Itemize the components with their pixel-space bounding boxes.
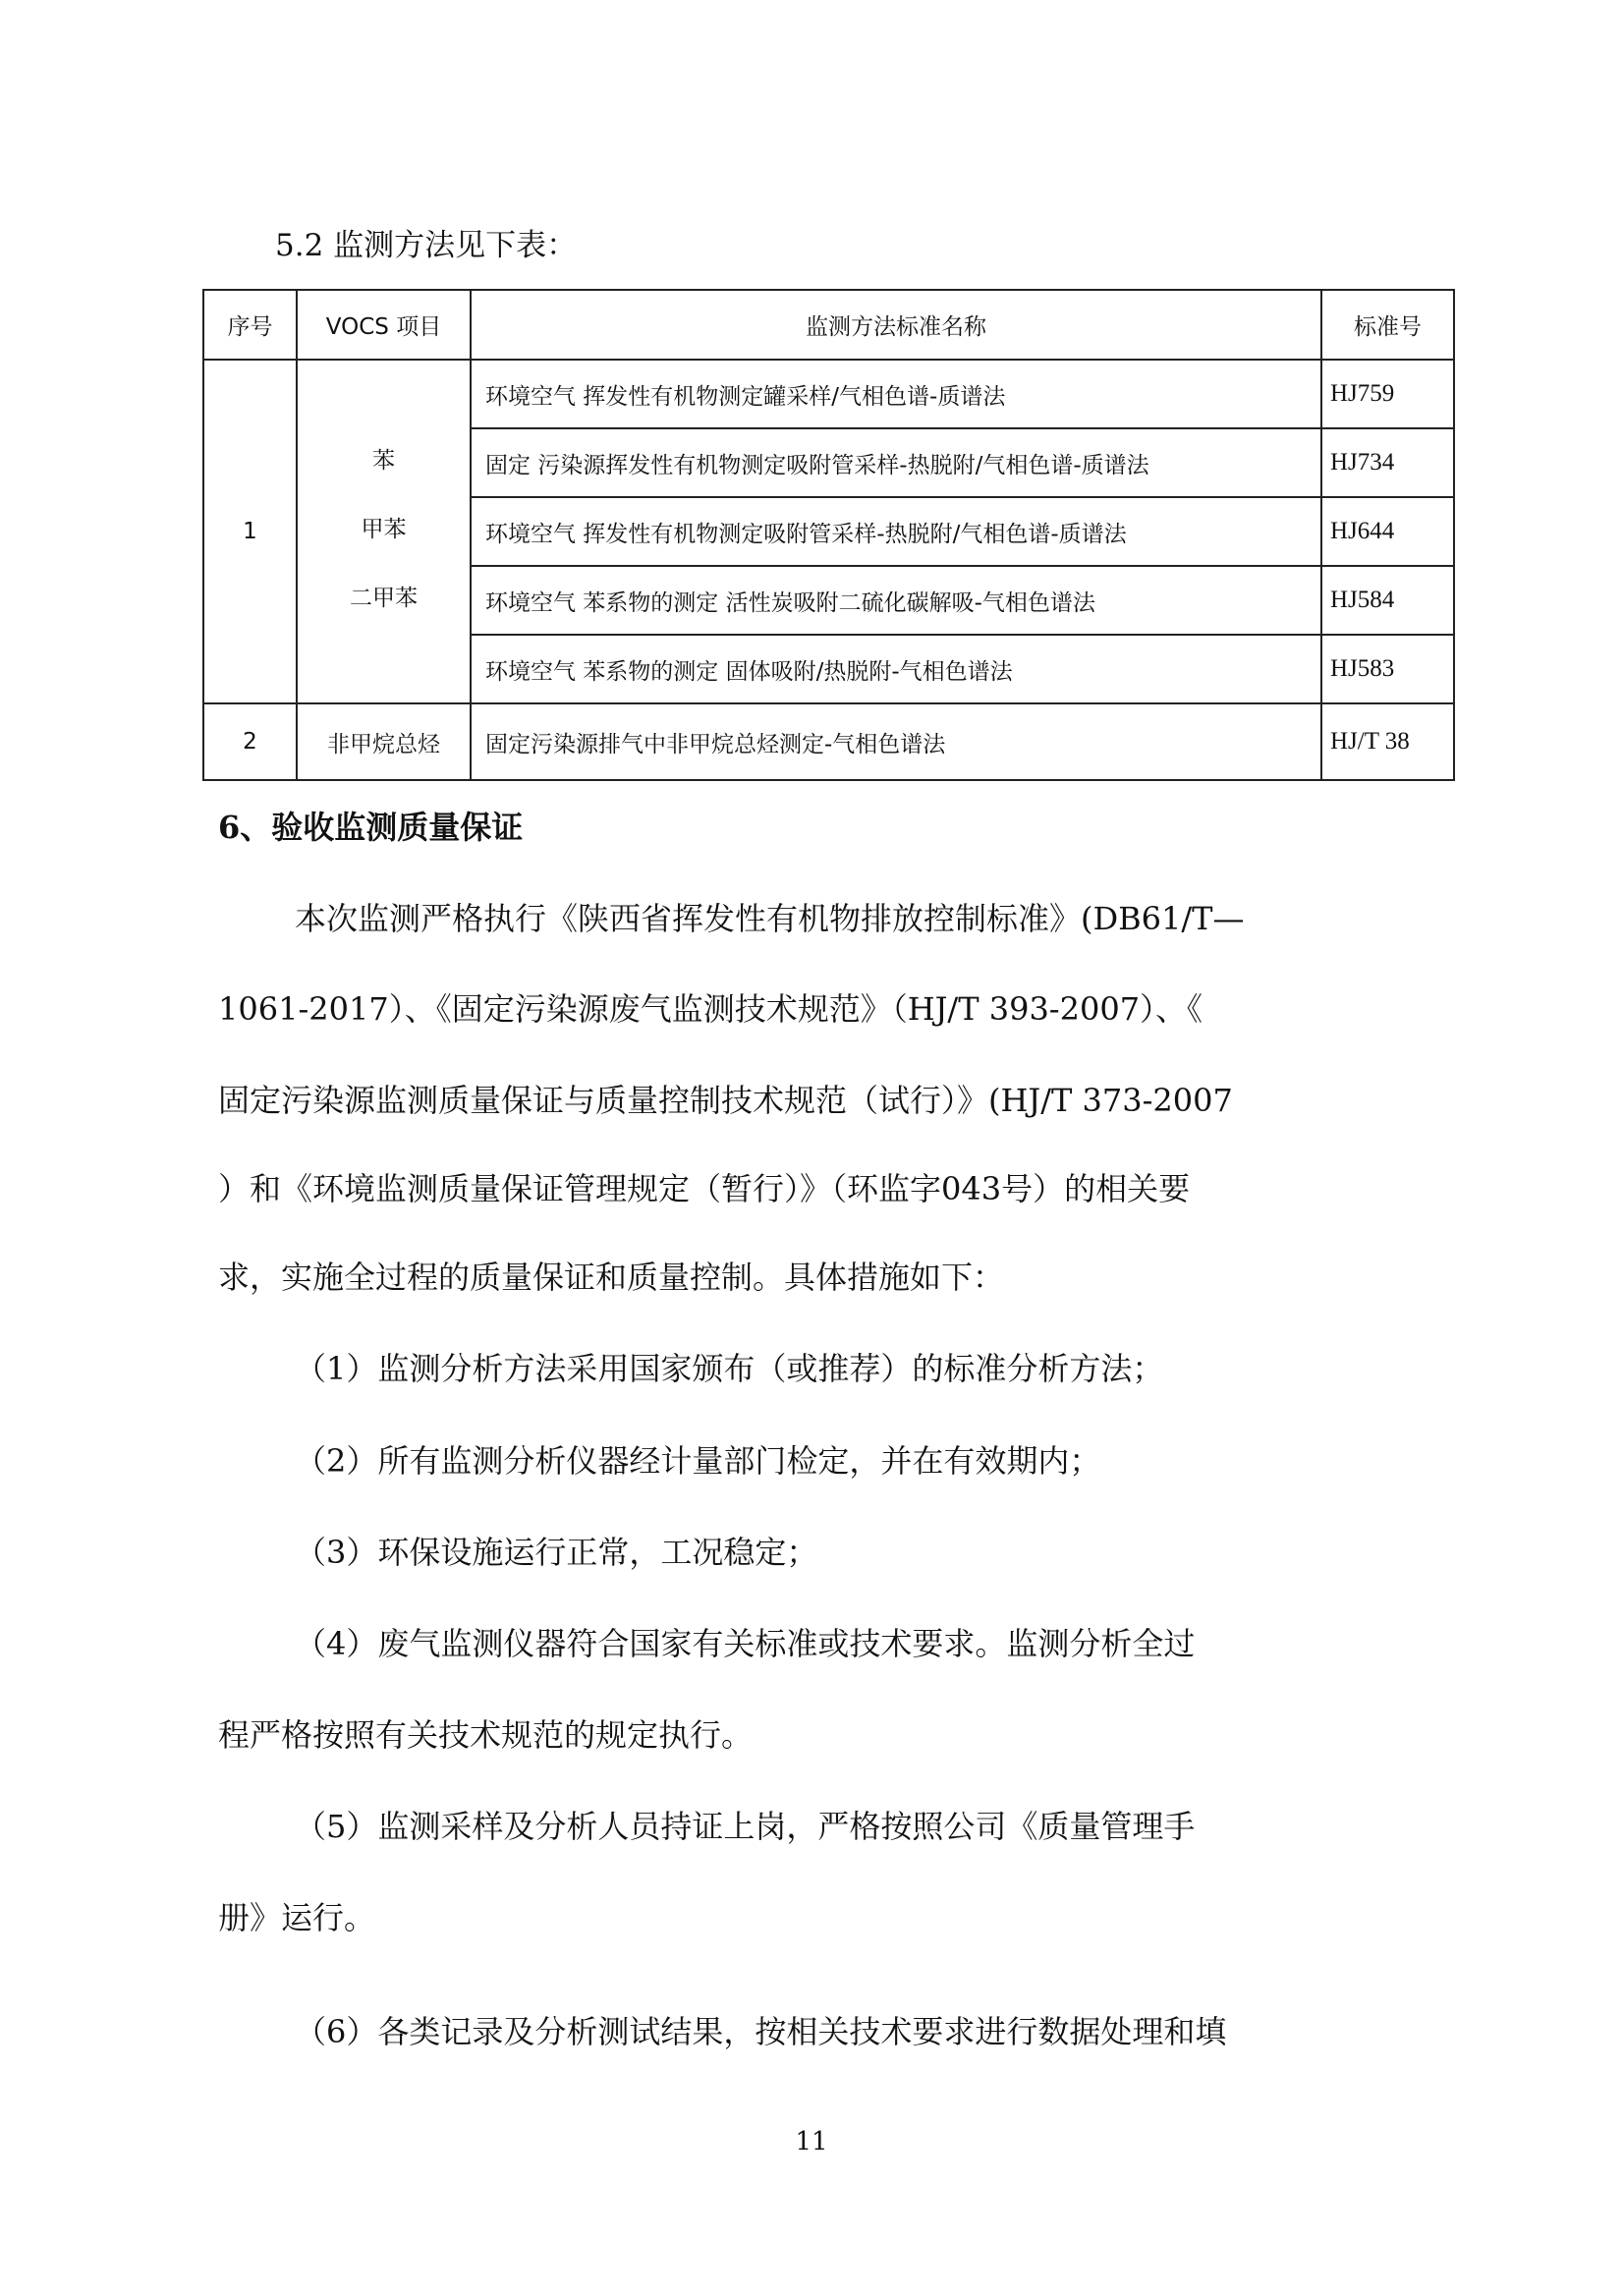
- header-method-name: 监测方法标准名称: [471, 290, 1321, 360]
- row-number: 2: [203, 703, 297, 780]
- method-name: 固定 污染源挥发性有机物测定吸附管采样-热脱附/气相色谱-质谱法: [471, 428, 1321, 497]
- table-row: 2 非甲烷总烃 固定污染源排气中非甲烷总烃测定-气相色谱法 HJ/T 38: [203, 703, 1454, 780]
- vocs-item: 甲苯: [308, 495, 460, 564]
- standard-no: HJ644: [1321, 497, 1454, 566]
- vocs-item-cell: 苯 甲苯 二甲苯: [297, 360, 471, 703]
- measure-2: （2）所有监测分析仪器经计量部门检定，并在有效期内；: [295, 1439, 1100, 1483]
- table-row: 1 苯 甲苯 二甲苯 环境空气 挥发性有机物测定罐采样/气相色谱-质谱法 HJ7…: [203, 360, 1454, 428]
- header-standard-no: 标准号: [1321, 290, 1454, 360]
- vocs-item: 非甲烷总烃: [297, 703, 471, 780]
- vocs-item: 二甲苯: [308, 564, 460, 633]
- measure-1: （1）监测分析方法采用国家颁布（或推荐）的标准分析方法；: [295, 1347, 1163, 1390]
- measure-4-cont: 程严格按照有关技术规范的规定执行。: [218, 1713, 753, 1757]
- standard-no: HJ/T 38: [1321, 703, 1454, 780]
- row-number: 1: [203, 360, 297, 703]
- standard-no: HJ734: [1321, 428, 1454, 497]
- standard-no: HJ584: [1321, 566, 1454, 635]
- measure-5-cont: 册》运行。: [218, 1896, 375, 1939]
- header-no: 序号: [203, 290, 297, 360]
- vocs-item: 苯: [308, 426, 460, 495]
- monitoring-methods-table: 序号 VOCS 项目 监测方法标准名称 标准号 1 苯 甲苯 二甲苯 环境空气 …: [202, 289, 1455, 781]
- section-6-heading: 6、验收监测质量保证: [218, 806, 523, 849]
- header-vocs-item: VOCS 项目: [297, 290, 471, 360]
- intro-line: 本次监测严格执行《陕西省挥发性有机物排放控制标准》(DB61/T—: [295, 897, 1245, 940]
- page-number: 11: [0, 2124, 1623, 2159]
- method-name: 环境空气 苯系物的测定 活性炭吸附二硫化碳解吸-气相色谱法: [471, 566, 1321, 635]
- measure-4: （4）废气监测仪器符合国家有关标准或技术要求。监测分析全过: [295, 1622, 1195, 1665]
- table-header-row: 序号 VOCS 项目 监测方法标准名称 标准号: [203, 290, 1454, 360]
- measure-6: （6）各类记录及分析测试结果，按相关技术要求进行数据处理和填: [295, 2010, 1226, 2053]
- measure-5: （5）监测采样及分析人员持证上岗，严格按照公司《质量管理手: [295, 1805, 1195, 1848]
- method-name: 环境空气 挥发性有机物测定罐采样/气相色谱-质谱法: [471, 360, 1321, 428]
- intro-line: ）和《环境监测质量保证管理规定（暂行）》（环监字043号）的相关要: [218, 1167, 1190, 1210]
- standard-no: HJ583: [1321, 635, 1454, 703]
- measure-3: （3）环保设施运行正常，工况稳定；: [295, 1531, 817, 1574]
- intro-line: 1061-2017）、《固定污染源废气监测技术规范》（HJ/T 393-2007…: [218, 987, 1203, 1031]
- section-5-2-title: 5.2 监测方法见下表：: [275, 224, 577, 267]
- intro-line: 固定污染源监测质量保证与质量控制技术规范（试行）》(HJ/T 373-2007: [218, 1079, 1233, 1122]
- intro-line: 求，实施全过程的质量保证和质量控制。具体措施如下：: [218, 1256, 1004, 1299]
- method-name: 固定污染源排气中非甲烷总烃测定-气相色谱法: [471, 703, 1321, 780]
- method-name: 环境空气 挥发性有机物测定吸附管采样-热脱附/气相色谱-质谱法: [471, 497, 1321, 566]
- method-name: 环境空气 苯系物的测定 固体吸附/热脱附-气相色谱法: [471, 635, 1321, 703]
- standard-no: HJ759: [1321, 360, 1454, 428]
